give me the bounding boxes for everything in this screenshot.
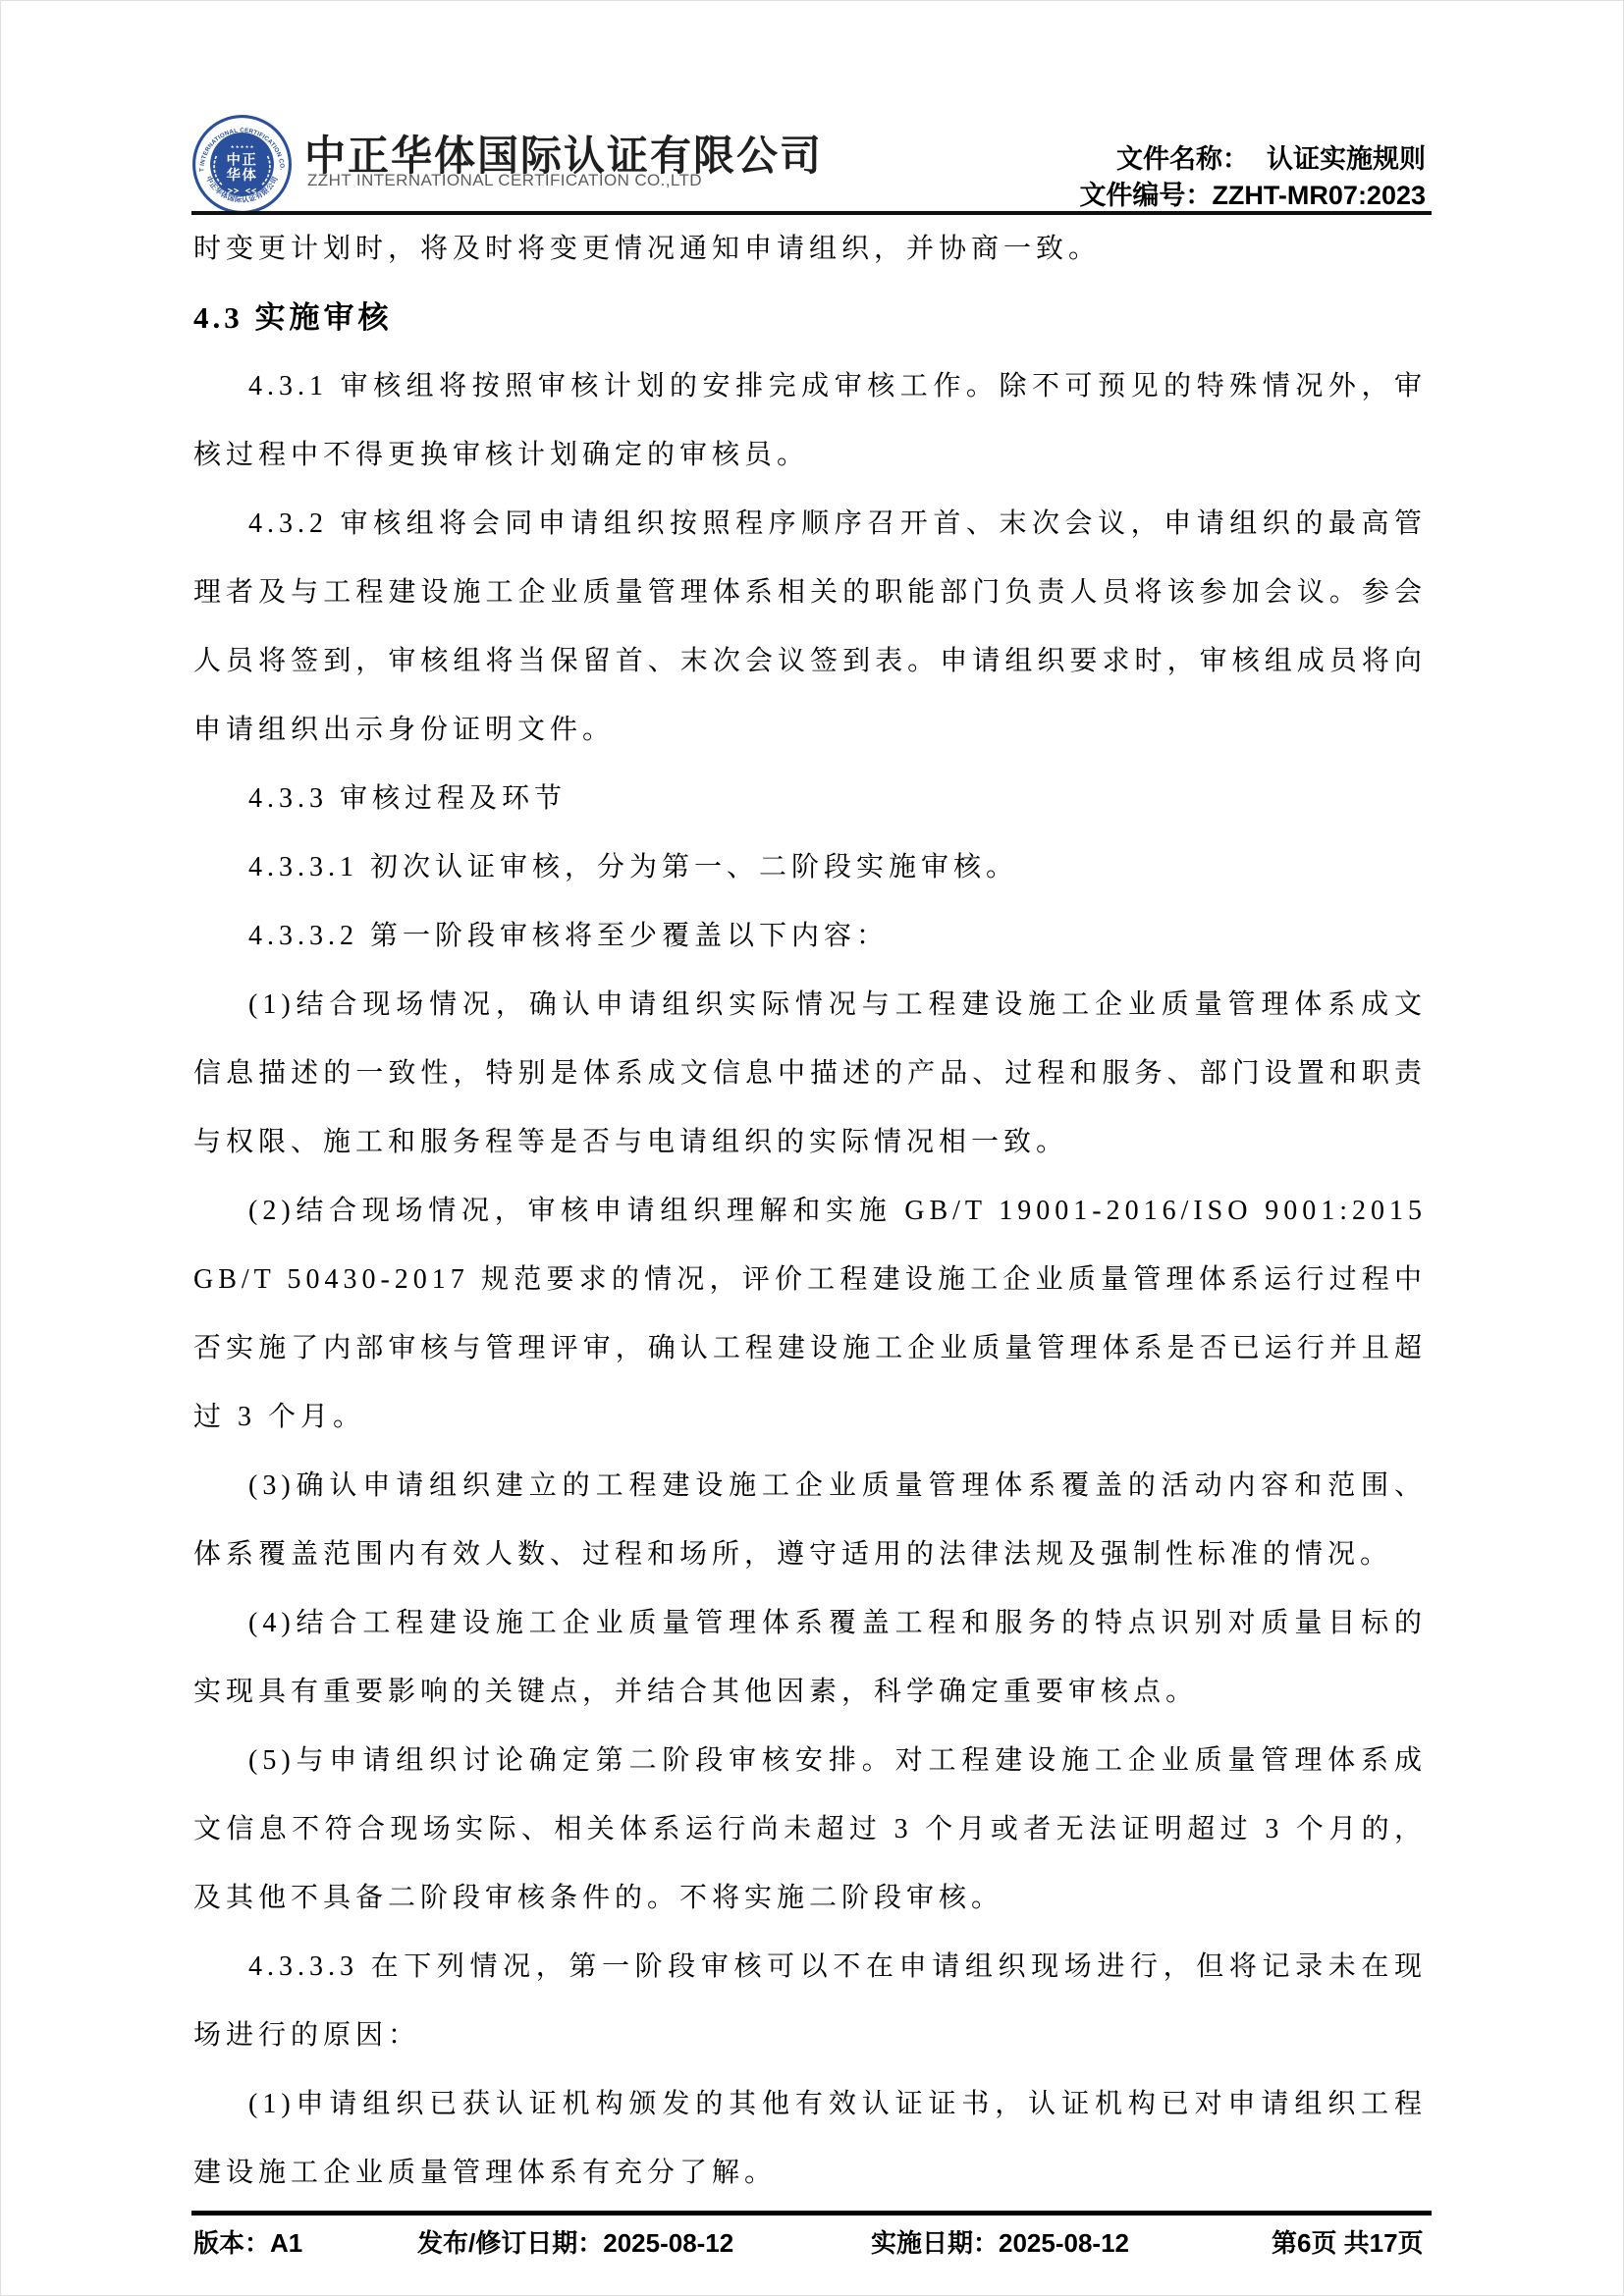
body-line: 申请组织出示身份证明文件。 [193, 696, 1427, 765]
doc-name-row: 文件名称：认证实施规则 [1079, 141, 1426, 178]
footer-version: 版本：A1 [193, 2221, 302, 2265]
body-line: 场进行的原因： [193, 2002, 1427, 2070]
footer-divider [191, 2211, 1432, 2216]
body-line: (3)确认申请组织建立的工程建设施工企业质量管理体系覆盖的活动内容和范围、 [193, 1452, 1427, 1521]
doc-meta-block: 文件名称：认证实施规则 文件编号：ZZHT-MR07:2023 [1079, 141, 1426, 214]
body-line: 4.3.3.3 在下列情况，第一阶段审核可以不在申请组织现场进行，但将记录未在现 [193, 1933, 1427, 2002]
footer-page-number: 第6页 共17页 [1272, 2221, 1424, 2265]
logo-center-text-top: 中正 [227, 152, 258, 169]
body-line: 4.3.1 审核组将按照审核计划的安排完成审核工作。除不可预见的特殊情况外，审 [193, 352, 1427, 421]
logo-center-text-bottom: 华体 [227, 166, 258, 184]
body-line: 体系覆盖范围内有效人数、过程和场所，遵守适用的法律法规及强制性标准的情况。 [193, 1521, 1427, 1589]
company-name-en: ZZHT INTERNATIONAL CERTIFICATION CO.,LTD [307, 171, 702, 190]
body-line: 与权限、施工和服务程等是否与电请组织的实际情况相一致。 [193, 1108, 1427, 1177]
doc-name-value: 认证实施规则 [1267, 144, 1426, 174]
section-heading: 4.3 实施审核 [193, 284, 1427, 352]
body-line: (1)结合现场情况，确认申请组织实际情况与工程建设施工企业质量管理体系成文 [193, 971, 1427, 1040]
document-body: 时变更计划时，将及时将变更情况通知申请组织，并协商一致。4.3 实施审核4.3.… [193, 215, 1427, 2208]
doc-number-row: 文件编号：ZZHT-MR07:2023 [1079, 178, 1426, 214]
body-line: 4.3.3.1 初次认证审核，分为第一、二阶段实施审核。 [193, 833, 1427, 902]
body-line: 4.3.2 审核组将会同申请组织按照程序顺序召开首、末次会议，申请组织的最高管 [193, 490, 1427, 559]
body-line: 文信息不符合现场实际、相关体系运行尚未超过 3 个月或者无法证明超过 3 个月的… [193, 1795, 1427, 1864]
body-line: (1)申请组织已获认证机构颁发的其他有效认证证书，认证机构已对申请组织工程 [193, 2070, 1427, 2139]
footer-release-date: 发布/修订日期：2025-08-12 [417, 2221, 733, 2265]
body-line: 时变更计划时，将及时将变更情况通知申请组织，并协商一致。 [193, 215, 1427, 284]
footer-impl-date: 实施日期：2025-08-12 [871, 2221, 1129, 2265]
doc-number-value: ZZHT-MR07:2023 [1212, 181, 1426, 210]
body-line: 信息描述的一致性，特别是体系成文信息中描述的产品、过程和服务、部门设置和职责 [193, 1040, 1427, 1108]
document-page: ZZHT INTERNATIONAL CERTIFICATION CO.,LTD… [0, 0, 1624, 2296]
body-line: 及其他不具备二阶段审核条件的。不将实施二阶段审核。 [193, 1864, 1427, 1933]
body-line: 建设施工企业质量管理体系有充分了解。 [193, 2139, 1427, 2208]
doc-number-label: 文件编号： [1079, 181, 1212, 210]
body-line: (5)与申请组织讨论确定第二阶段审核安排。对工程建设施工企业质量管理体系成 [193, 1727, 1427, 1795]
body-line: 核过程中不得更换审核计划确定的审核员。 [193, 421, 1427, 490]
company-logo-icon: ZZHT INTERNATIONAL CERTIFICATION CO.,LTD… [191, 114, 293, 215]
body-line: 4.3.3 审核过程及环节 [193, 765, 1427, 833]
page-footer: 版本：A1 发布/修订日期：2025-08-12 实施日期：2025-08-12… [0, 2221, 1624, 2265]
body-line: GB/T 50430-2017 规范要求的情况，评价工程建设施工企业质量管理体系… [193, 1246, 1427, 1314]
body-line: 实现具有重要影响的关键点，并结合其他因素，科学确定重要审核点。 [193, 1658, 1427, 1727]
body-line: 过 3 个月。 [193, 1383, 1427, 1452]
body-line: 人员将签到，审核组将当保留首、末次会议签到表。申请组织要求时，审核组成员将向 [193, 627, 1427, 696]
logo-stars: ★ ★ ★ ★ ★ [231, 144, 254, 149]
body-line: 4.3.3.2 第一阶段审核将至少覆盖以下内容： [193, 902, 1427, 971]
body-line: (2)结合现场情况，审核申请组织理解和实施 GB/T 19001-2016/IS… [193, 1177, 1427, 1246]
body-line: 理者及与工程建设施工企业质量管理体系相关的职能部门负责人员将该参加会议。参会 [193, 559, 1427, 627]
body-line: (4)结合工程建设施工企业质量管理体系覆盖工程和服务的特点识别对质量目标的 [193, 1589, 1427, 1658]
body-line: 否实施了内部审核与管理评审，确认工程建设施工企业质量管理体系是否已运行并且超 [193, 1314, 1427, 1383]
doc-name-label: 文件名称： [1116, 144, 1249, 174]
